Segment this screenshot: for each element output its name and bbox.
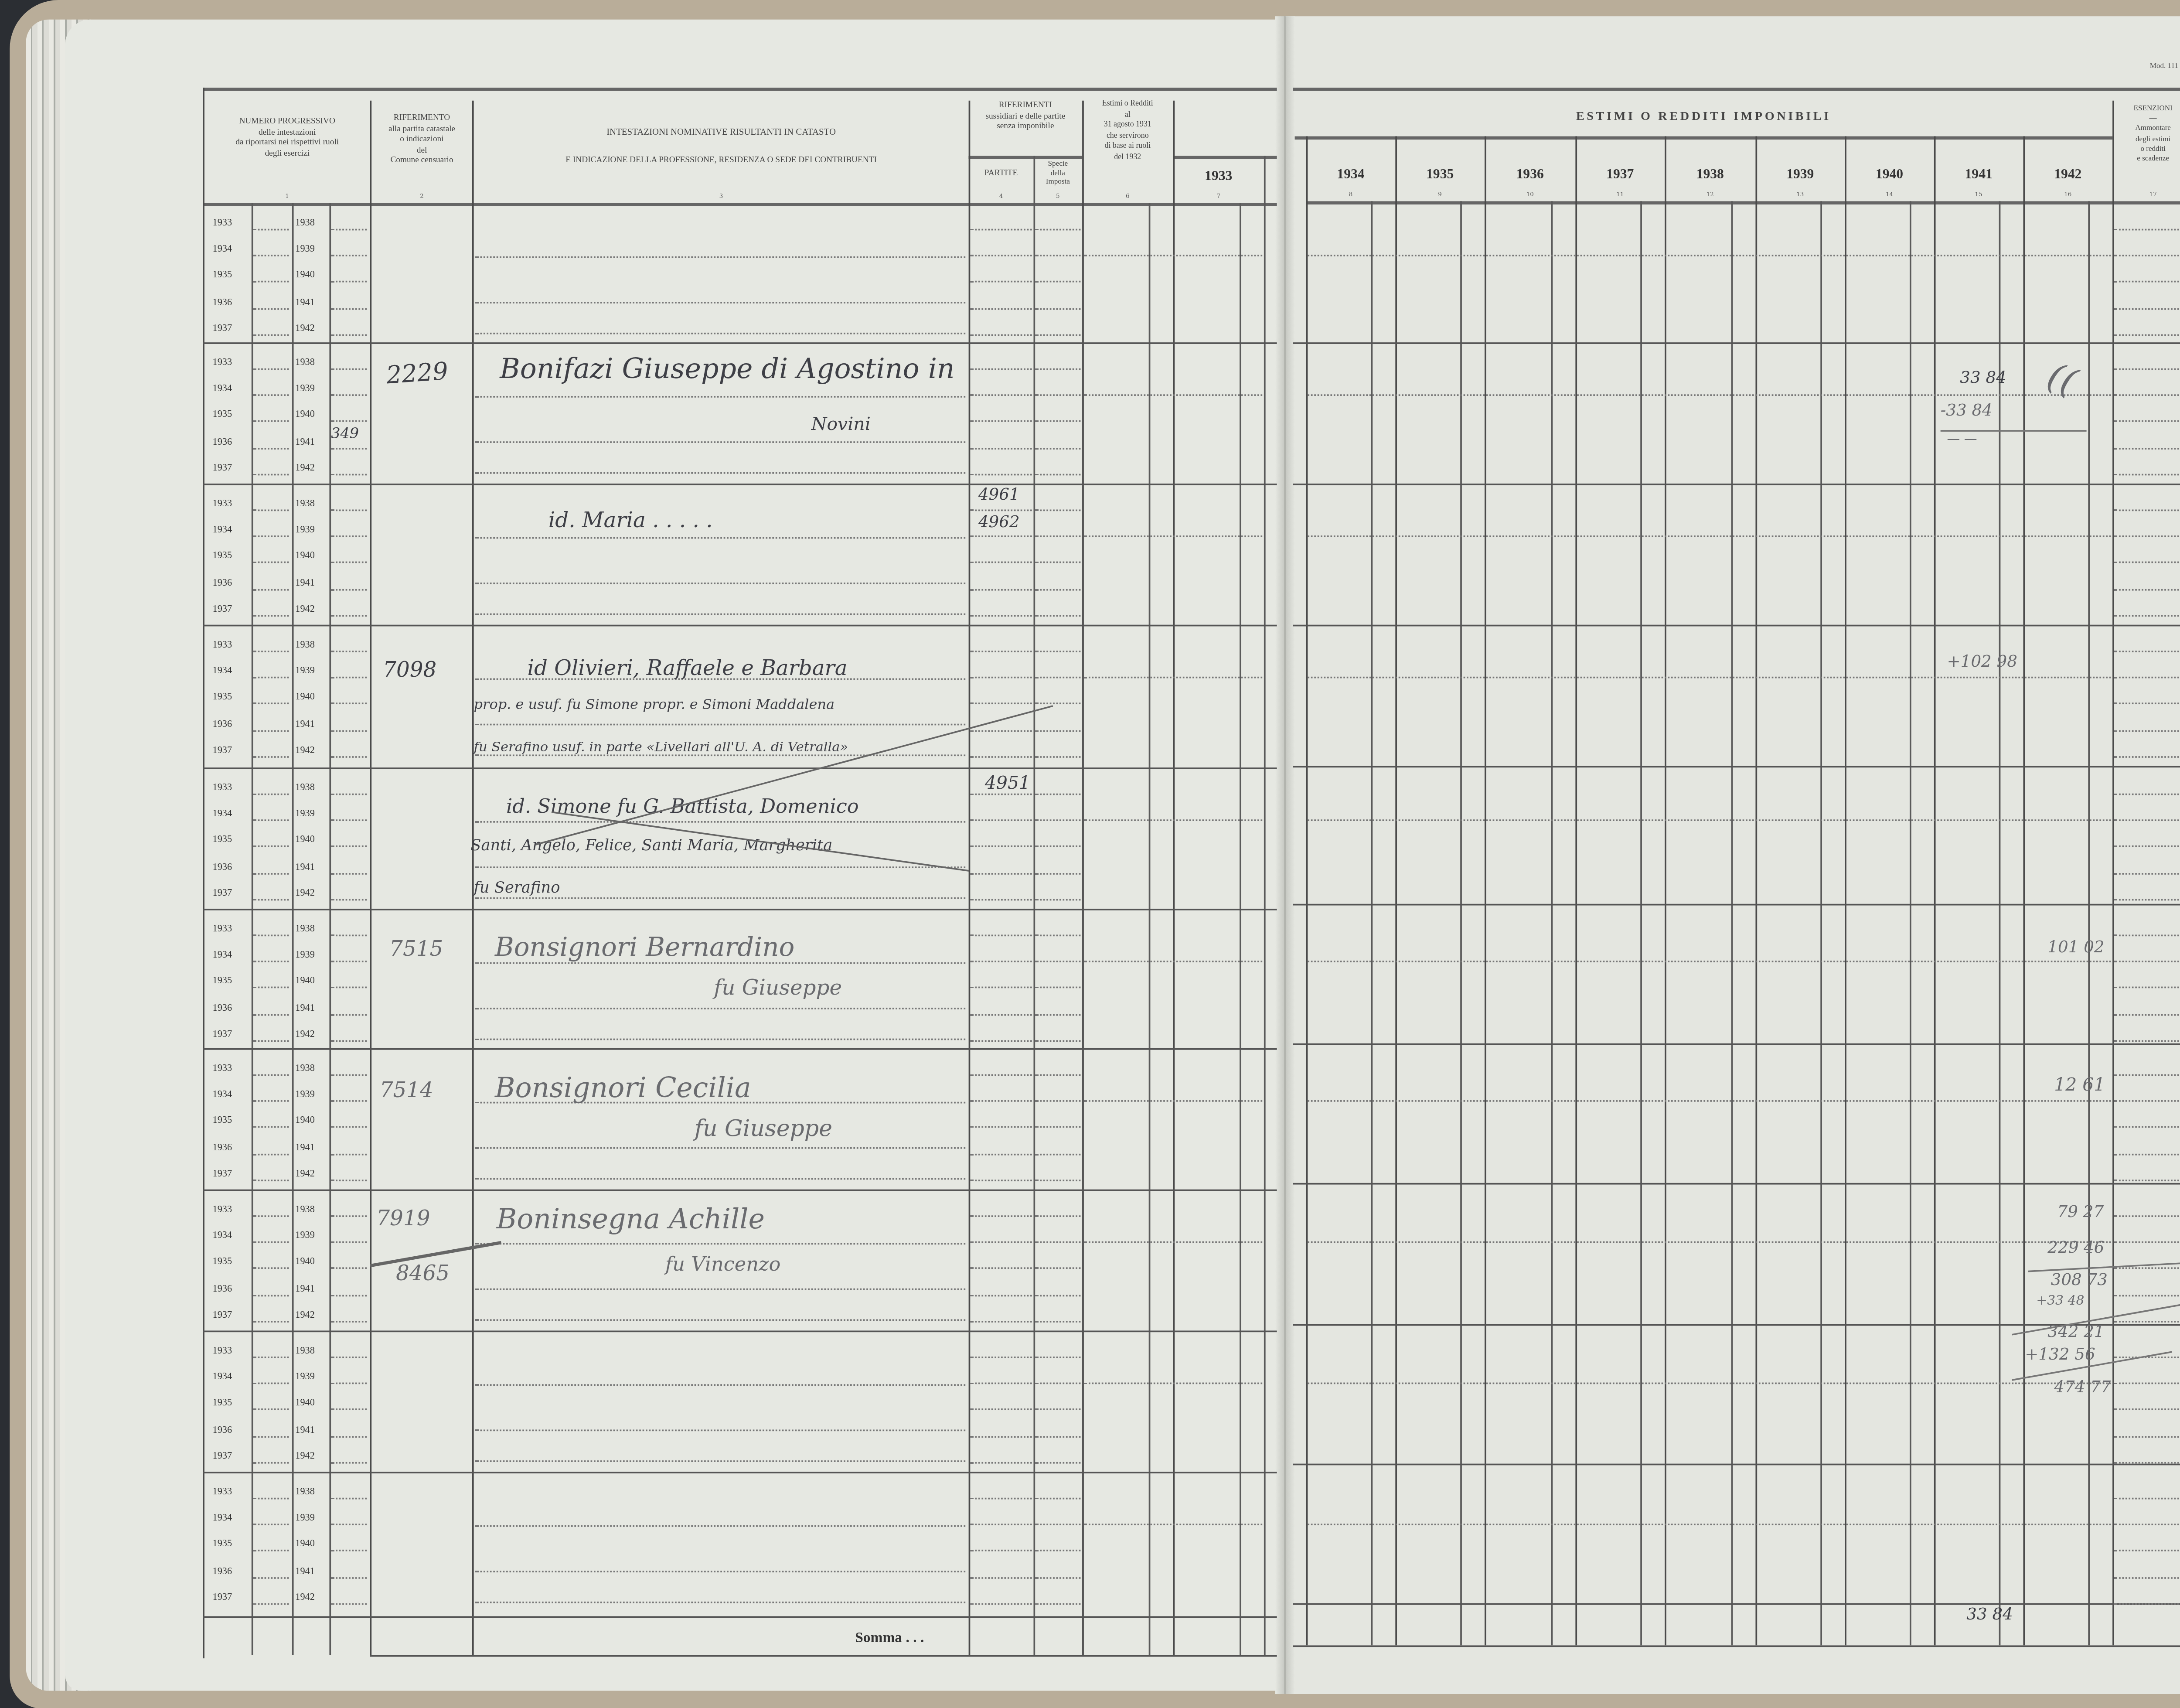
dotted-rule (1035, 588, 1080, 590)
dotted-rule (1084, 1383, 1262, 1384)
dotted-rule (970, 899, 1032, 900)
header-partite: PARTITE (969, 169, 1034, 180)
dotted-rule (253, 255, 289, 257)
vline (1033, 156, 1035, 1655)
dotted-rule (970, 1383, 1032, 1384)
dotted-rule (475, 1148, 965, 1149)
dotted-rule (970, 987, 1032, 989)
dotted-rule (2114, 899, 2180, 900)
dotted-rule (970, 536, 1032, 538)
row-year-left: 1934 (212, 810, 232, 820)
dotted-rule (970, 1550, 1032, 1552)
dotted-rule (2114, 846, 2180, 848)
dotted-rule (2114, 1320, 2180, 1322)
dotted-rule (253, 1435, 289, 1437)
dotted-rule (1308, 819, 2111, 821)
entry-8-amount-1942: 79 27 (2057, 1204, 2104, 1222)
dotted-rule (2114, 395, 2180, 396)
row-separator (1293, 766, 2180, 767)
row-year-left: 1935 (212, 411, 232, 421)
row-year-left: 1937 (212, 1593, 232, 1603)
dotted-rule (1035, 1498, 1080, 1500)
dotted-rule (253, 562, 289, 564)
row-year-left: 1936 (212, 1004, 232, 1013)
form-model-label: Mod. 111 - Imposte Dirette (Intercalare)… (2150, 61, 2180, 70)
dotted-rule (331, 308, 367, 310)
row-year-right: 1940 (295, 411, 315, 421)
dotted-rule (1035, 368, 1080, 370)
dotted-rule (253, 1524, 289, 1526)
dotted-rule (970, 1127, 1032, 1128)
dotted-rule (331, 255, 367, 257)
row-year-left: 1937 (212, 746, 232, 756)
colnum-11: 11 (1575, 191, 1665, 198)
dotted-rule (331, 474, 367, 475)
dotted-rule (970, 1013, 1032, 1015)
row-year-left: 1937 (212, 605, 232, 614)
dotted-rule (970, 395, 1032, 396)
dotted-rule (1035, 1215, 1080, 1217)
dotted-rule (331, 588, 367, 590)
row-year-left: 1934 (212, 526, 232, 535)
dotted-rule (970, 1153, 1032, 1155)
dotted-rule (2114, 1498, 2180, 1500)
row-separator (203, 1330, 1277, 1332)
header-year-1933: 1933 (1173, 167, 1264, 183)
dotted-rule (331, 934, 367, 936)
dotted-rule (253, 474, 289, 475)
dotted-rule (1084, 819, 1262, 821)
row-year-right: 1941 (295, 437, 315, 447)
sum-rule (1293, 1645, 2180, 1647)
dotted-rule (1084, 394, 1262, 396)
row-year-right: 1938 (295, 641, 315, 651)
dotted-rule (475, 1319, 965, 1321)
row-year-right: 1938 (295, 219, 315, 228)
row-year-left: 1935 (212, 272, 232, 281)
dotted-rule (1035, 509, 1080, 511)
dotted-rule (1035, 1524, 1080, 1526)
dotted-rule (331, 1101, 367, 1102)
vline (1934, 136, 1936, 1646)
dotted-rule (475, 754, 965, 756)
row-year-right: 1942 (295, 605, 315, 614)
dotted-rule (331, 447, 367, 449)
dotted-rule (970, 820, 1032, 822)
vline (2023, 136, 2025, 1646)
row-year-right: 1939 (295, 385, 315, 395)
dotted-rule (253, 1357, 289, 1358)
row-year-left: 1933 (212, 500, 232, 509)
dotted-rule (1035, 934, 1080, 936)
row-year-left: 1936 (212, 1426, 232, 1435)
dotted-rule (331, 1435, 367, 1437)
dotted-rule (970, 1215, 1032, 1217)
dotted-rule (331, 873, 367, 874)
vline (1999, 201, 2001, 1645)
dotted-rule (2114, 1462, 2180, 1463)
dotted-rule (970, 255, 1032, 257)
dotted-rule (1035, 1462, 1080, 1463)
header-intestazioni: INTESTAZIONI NOMINATIVE RISULTANTI IN CA… (474, 128, 969, 139)
entry-2-amount-1941-c: — — (1947, 432, 1977, 446)
dotted-rule (253, 1320, 289, 1322)
dotted-rule (1035, 1577, 1080, 1578)
row-year-left: 1937 (212, 324, 232, 334)
header-estimi-imponibili: ESTIMI O REDDITI IMPONIBILI (1298, 112, 2109, 123)
dotted-rule (331, 961, 367, 963)
row-year-right: 1940 (295, 836, 315, 846)
dotted-rule (1035, 395, 1080, 396)
dotted-rule (331, 281, 367, 283)
dotted-rule (253, 536, 289, 538)
row-year-right: 1941 (295, 1426, 315, 1435)
dotted-rule (253, 1101, 289, 1102)
dotted-rule (475, 821, 965, 822)
dotted-rule (2114, 588, 2180, 590)
dotted-rule (253, 1409, 289, 1411)
dotted-rule (1035, 1435, 1080, 1437)
dotted-rule (253, 395, 289, 396)
row-year-left: 1937 (212, 1311, 232, 1320)
vline (1755, 136, 1757, 1646)
row-year-right: 1942 (295, 1169, 315, 1179)
dotted-rule (475, 1289, 965, 1291)
dotted-rule (970, 334, 1032, 336)
row-year-left: 1935 (212, 978, 232, 987)
dotted-rule (331, 562, 367, 564)
dotted-rule (253, 1603, 289, 1605)
dotted-rule (970, 934, 1032, 936)
row-year-left: 1934 (212, 1232, 232, 1241)
row-year-left: 1937 (212, 1452, 232, 1462)
row-year-left: 1933 (212, 641, 232, 651)
vline (1820, 201, 1822, 1645)
dotted-rule (1035, 281, 1080, 283)
dotted-rule (2114, 447, 2180, 449)
row-year-right: 1938 (295, 925, 315, 934)
row-year-right: 1941 (295, 1285, 315, 1294)
row-year-right: 1941 (295, 720, 315, 730)
subheader-rule-1933 (1173, 156, 1277, 159)
header-year-1938: 1938 (1665, 166, 1755, 182)
entry-7-name-line1: Bonsignori Cecilia (495, 1073, 751, 1105)
dotted-rule (331, 229, 367, 231)
entry-8-amount-1942-f: +132 56 (2025, 1347, 2095, 1365)
dotted-rule (1035, 677, 1080, 678)
dotted-rule (970, 1074, 1032, 1076)
row-year-right: 1940 (295, 1258, 315, 1268)
vline (472, 101, 474, 1655)
dotted-rule (970, 794, 1032, 795)
dotted-rule (1084, 535, 1262, 537)
row-year-right: 1939 (295, 951, 315, 961)
row-year-right: 1942 (295, 1030, 315, 1040)
dotted-rule (970, 1524, 1032, 1526)
dotted-rule (1308, 1100, 2111, 1102)
dotted-rule (1308, 255, 2111, 256)
dotted-rule (1035, 899, 1080, 900)
entry-2-amount-1941-b: -33 84 (1941, 402, 1993, 420)
entry-6-name-line1: Bonsignori Bernardino (495, 931, 794, 962)
header-estimi-1931: Estimi o Redditi al 31 agosto 1931 che s… (1082, 101, 1173, 164)
dotted-rule (475, 472, 965, 474)
row-year-right: 1939 (295, 1091, 315, 1100)
dotted-rule (970, 873, 1032, 874)
dotted-rule (1035, 474, 1080, 475)
row-year-right: 1938 (295, 784, 315, 793)
dotted-rule (1035, 730, 1080, 731)
dotted-rule (331, 368, 367, 370)
row-year-right: 1940 (295, 1117, 315, 1127)
row-separator (203, 625, 1277, 627)
dotted-rule (475, 1242, 965, 1244)
dotted-rule (970, 588, 1032, 590)
dotted-rule (1035, 1550, 1080, 1552)
row-year-left: 1935 (212, 836, 232, 846)
dotted-rule (475, 1460, 965, 1462)
dotted-rule (970, 308, 1032, 310)
dotted-rule (2114, 934, 2180, 936)
row-separator (1293, 1603, 2180, 1605)
vline (1731, 201, 1733, 1645)
header-esenzioni: ESENZIONI — Ammontare degli estimi o red… (2112, 104, 2180, 164)
dotted-rule (2114, 1074, 2180, 1076)
row-year-left: 1936 (212, 1567, 232, 1576)
dotted-rule (331, 1074, 367, 1076)
dotted-rule (2114, 308, 2180, 310)
dotted-rule (331, 794, 367, 795)
row-year-right: 1938 (295, 1347, 315, 1357)
dotted-rule (253, 509, 289, 511)
dotted-rule (1035, 1383, 1080, 1384)
row-year-right: 1940 (295, 272, 315, 281)
vline (1910, 201, 1911, 1645)
row-year-left: 1936 (212, 863, 232, 872)
dotted-rule (1084, 1100, 1262, 1102)
row-year-left: 1933 (212, 1488, 232, 1497)
dotted-rule (253, 873, 289, 874)
row-year-right: 1939 (295, 667, 315, 677)
dotted-rule (970, 1409, 1032, 1411)
dotted-rule (253, 846, 289, 848)
row-year-right: 1940 (295, 693, 315, 703)
dotted-rule (970, 1180, 1032, 1181)
dotted-rule (1308, 1524, 2111, 1525)
header-year-1935: 1935 (1395, 166, 1485, 182)
colnum-10: 10 (1485, 191, 1575, 198)
dotted-rule (1035, 651, 1080, 652)
dotted-rule (970, 1462, 1032, 1463)
dotted-rule (1035, 255, 1080, 257)
dotted-rule (2114, 1241, 2180, 1243)
dotted-rule (475, 1525, 965, 1527)
subheader-rule-riferimenti (969, 156, 1082, 159)
entry-8-amount-1942-c: 308 73 (2051, 1272, 2108, 1290)
dotted-rule (1035, 1357, 1080, 1358)
colnum-7: 7 (1173, 193, 1264, 200)
dotted-rule (1035, 846, 1080, 848)
dotted-rule (331, 1153, 367, 1155)
dotted-rule (331, 1180, 367, 1181)
vline (1665, 136, 1666, 1646)
row-separator (1293, 904, 2180, 906)
dotted-rule (2114, 562, 2180, 564)
colnum-3: 3 (474, 193, 969, 200)
row-year-left: 1934 (212, 951, 232, 961)
entry-6-amount-1942: 101 02 (2047, 940, 2104, 958)
dotted-rule (331, 899, 367, 900)
colnum-13: 13 (1755, 191, 1845, 198)
row-separator (1293, 484, 2180, 485)
row-year-right: 1938 (295, 358, 315, 368)
colnum-4: 4 (969, 193, 1034, 200)
dotted-rule (1035, 421, 1080, 423)
dotted-rule (1035, 1040, 1080, 1042)
dotted-rule (2114, 615, 2180, 617)
dotted-rule (253, 368, 289, 370)
row-separator (1293, 1324, 2180, 1326)
row-year-right: 1939 (295, 810, 315, 820)
dotted-rule (253, 820, 289, 822)
dotted-rule (1035, 1180, 1080, 1181)
sum-label: Somma . . . (855, 1629, 924, 1645)
entry-2-side-ref: 349 (331, 427, 359, 443)
dotted-rule (1035, 1127, 1080, 1128)
dotted-rule (253, 1215, 289, 1217)
entry-7-amount-1942: 12 61 (2054, 1074, 2105, 1095)
dotted-rule (331, 1241, 367, 1243)
entry-8-amount-1942-d: +33 48 (2036, 1293, 2084, 1308)
dotted-rule (970, 421, 1032, 423)
entry-8-amount-1942-b: 229 46 (2047, 1240, 2104, 1258)
dotted-rule (970, 281, 1032, 283)
row-year-right: 1939 (295, 1514, 315, 1524)
row-year-left: 1935 (212, 693, 232, 703)
row-separator (1293, 1183, 2180, 1185)
row-separator (1293, 342, 2180, 344)
colnum-17: 17 (2112, 191, 2180, 198)
colnum-12: 12 (1665, 191, 1755, 198)
dotted-rule (331, 1268, 367, 1270)
dotted-rule (1084, 677, 1262, 678)
dotted-rule (475, 1039, 965, 1040)
dotted-rule (2114, 1153, 2180, 1155)
dotted-rule (475, 333, 965, 334)
vline (1575, 136, 1577, 1646)
dotted-rule (331, 1462, 367, 1463)
dotted-rule (1308, 1241, 2111, 1243)
dotted-rule (331, 1294, 367, 1296)
row-year-right: 1938 (295, 1206, 315, 1215)
dotted-rule (1035, 794, 1080, 795)
dotted-rule (475, 724, 965, 726)
dotted-rule (331, 421, 367, 423)
dotted-rule (331, 536, 367, 538)
row-year-left: 1933 (212, 925, 232, 934)
row-year-left: 1935 (212, 1117, 232, 1127)
dotted-rule (970, 1498, 1032, 1500)
row-year-left: 1936 (212, 437, 232, 447)
dotted-rule (2114, 1127, 2180, 1128)
vline (1173, 101, 1175, 1655)
dotted-rule (1035, 873, 1080, 874)
dotted-rule (970, 1268, 1032, 1270)
dotted-rule (253, 794, 289, 795)
dotted-rule (331, 1013, 367, 1015)
dotted-rule (970, 447, 1032, 449)
dotted-rule (253, 615, 289, 617)
dotted-rule (253, 1013, 289, 1015)
ledger-spread: Mod. 111 - Imposte Dirette (Intercalare)… (0, 0, 2180, 1708)
vline (1395, 136, 1397, 1646)
dotted-rule (475, 537, 965, 539)
dotted-rule (1308, 961, 2111, 962)
dotted-rule (253, 1153, 289, 1155)
entry-6-name-line2: fu Giuseppe (714, 977, 842, 1001)
header-riferimenti: RIFERIMENTI sussidiari e delle partite s… (969, 101, 1082, 133)
dotted-rule (970, 1101, 1032, 1102)
dotted-rule (970, 474, 1032, 475)
left-border (203, 88, 204, 1658)
dotted-rule (331, 756, 367, 757)
row-separator (1293, 1464, 2180, 1466)
top-rule-right (1293, 88, 2180, 91)
dotted-rule (253, 756, 289, 757)
vline (292, 203, 294, 1655)
vline (2088, 201, 2090, 1645)
row-year-left: 1936 (212, 298, 232, 307)
row-year-left: 1934 (212, 1091, 232, 1100)
dotted-rule (253, 1550, 289, 1552)
dotted-rule (1035, 987, 1080, 989)
entry-8-partita-b: 8465 (396, 1262, 450, 1287)
dotted-rule (1308, 535, 2111, 537)
dotted-rule (1308, 1383, 2111, 1384)
dotted-rule (970, 756, 1032, 757)
dotted-rule (2114, 651, 2180, 652)
header-year-1941: 1941 (1934, 166, 2023, 182)
dotted-rule (2114, 1180, 2180, 1181)
row-year-left: 1933 (212, 219, 232, 228)
entry-3-partite-ref: 4961 (978, 487, 1020, 505)
row-year-right: 1938 (295, 1064, 315, 1074)
row-year-right: 1942 (295, 324, 315, 334)
dotted-rule (970, 1241, 1032, 1243)
dotted-rule (331, 677, 367, 678)
row-year-right: 1942 (295, 889, 315, 899)
row-year-left: 1935 (212, 1258, 232, 1268)
dotted-rule (1035, 820, 1080, 822)
header-year-1934: 1934 (1306, 166, 1396, 182)
entry-4-name-line2: prop. e usuf. fu Simone propr. e Simoni … (474, 698, 835, 714)
dotted-rule (1035, 229, 1080, 231)
row-separator (203, 484, 1277, 485)
row-year-right: 1940 (295, 552, 315, 562)
dotted-rule (331, 1603, 367, 1605)
entry-4-partita: 7098 (383, 659, 436, 683)
dotted-rule (253, 308, 289, 310)
dotted-rule (2114, 794, 2180, 795)
row-year-right: 1942 (295, 1311, 315, 1320)
dotted-rule (253, 677, 289, 678)
dotted-rule (2114, 1435, 2180, 1437)
dotted-rule (253, 229, 289, 231)
dotted-rule (475, 1602, 965, 1603)
vline (1306, 136, 1308, 1646)
dotted-rule (253, 1294, 289, 1296)
row-year-right: 1938 (295, 1488, 315, 1497)
